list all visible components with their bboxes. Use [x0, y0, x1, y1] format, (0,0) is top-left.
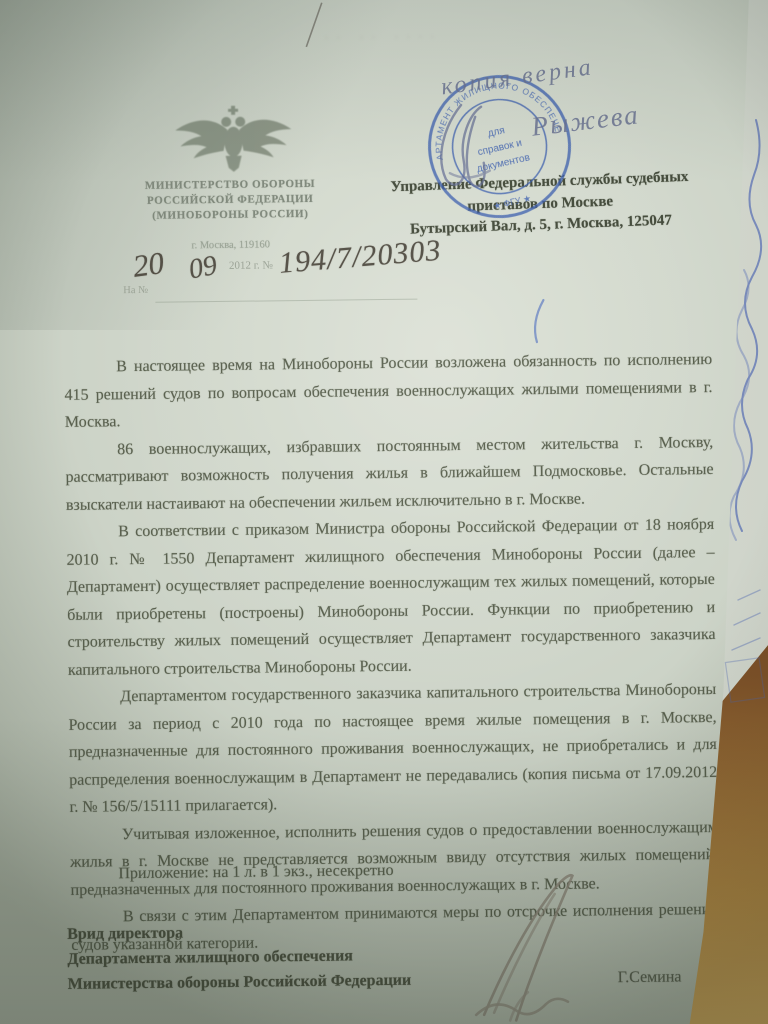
paragraph: В соответствии с приказом Министра оборо…: [66, 511, 716, 684]
reference-number-label: На №: [123, 285, 148, 296]
faint-stamp-marks: ·· ·· ····: [324, 28, 564, 47]
signer-position-line: Министерства обороны Российской Федераци…: [68, 968, 412, 997]
paragraph: В настоящее время на Минобороны России в…: [64, 346, 713, 436]
signer-position-block: Врид директора Департамента жилищного об…: [67, 918, 411, 997]
handwritten-date-month: 09: [186, 250, 219, 287]
reference-number-line: [155, 299, 417, 303]
letter-content: ·· ·· ···· МИНИСТЕРСТВО ОБ: [0, 0, 768, 1024]
ministry-eagle-emblem: [167, 99, 300, 177]
signer-name: Г.Семина: [618, 968, 682, 987]
paragraph: Департаментом государственного заказчика…: [68, 676, 718, 821]
document-photo: ·· ·· ···· МИНИСТЕРСТВО ОБ: [0, 0, 768, 1024]
stray-pen-line: [276, 1, 337, 52]
ministry-name-line: (МИНОБОРОНЫ РОССИИ): [110, 206, 350, 224]
letter-page: ·· ·· ···· МИНИСТЕРСТВО ОБ: [0, 0, 768, 1024]
printed-date-label: 2012 г. №: [229, 259, 273, 272]
director-signature: [422, 863, 614, 1023]
ministry-name-line: МИНИСТЕРСТВО ОБОРОНЫ: [110, 176, 350, 194]
blue-pen-mark: [519, 296, 556, 346]
certifier-signature: [423, 86, 534, 197]
paragraph: 86 военнослужащих, избравших постоянным …: [65, 428, 714, 518]
ministry-name: МИНИСТЕРСТВО ОБОРОНЫ РОССИЙСКОЙ ФЕДЕРАЦИ…: [110, 176, 351, 224]
handwritten-date-day: 20: [131, 245, 167, 285]
